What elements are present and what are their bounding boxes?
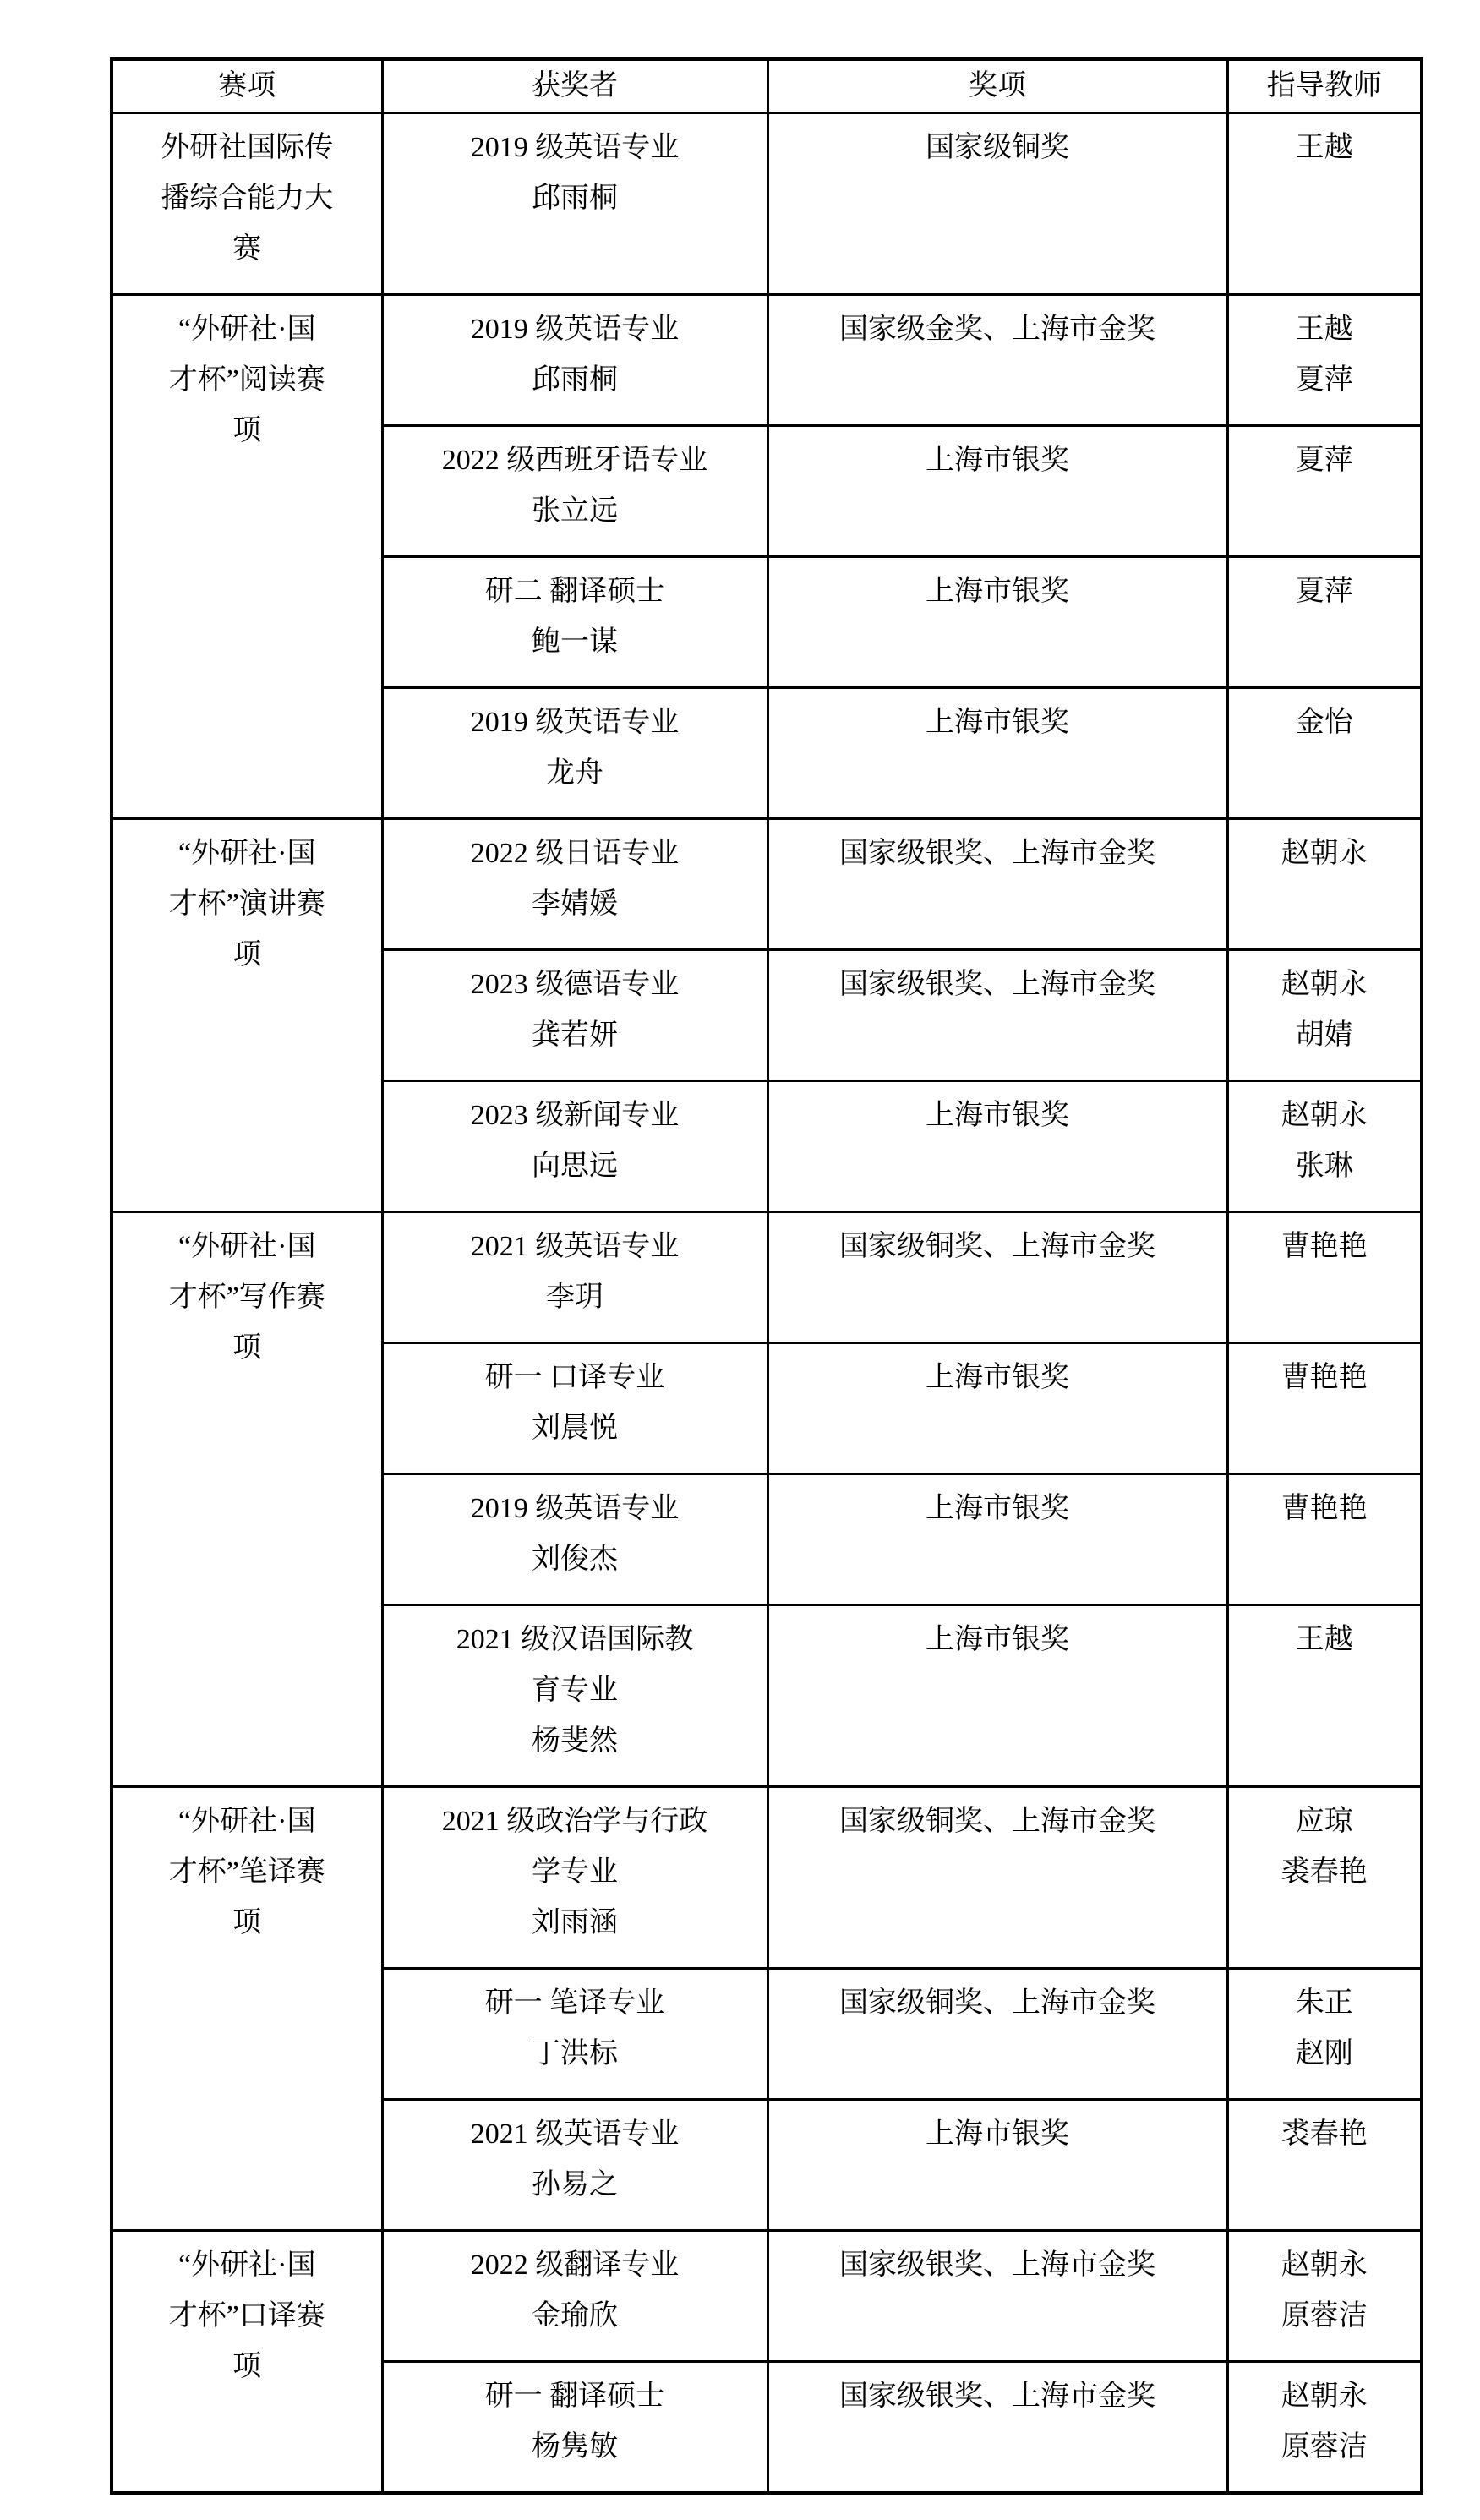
- winner-cell: 2019 级英语专业龙舟: [382, 688, 767, 819]
- teachers-cell: 王越: [1227, 113, 1422, 295]
- award-text: 上海市银奖: [776, 435, 1220, 486]
- winner-cell: 2022 级日语专业李婧媛: [382, 819, 767, 950]
- winner-cell: 2021 级英语专业孙易之: [382, 2100, 767, 2231]
- winner-cell: 2023 级德语专业龚若妍: [382, 950, 767, 1081]
- winner-line: 2019 级英语专业: [390, 123, 760, 173]
- teacher-name: 曹艳艳: [1236, 1353, 1414, 1403]
- winner-line: 孙易之: [390, 2160, 760, 2211]
- award-cell: 国家级金奖、上海市金奖: [767, 295, 1227, 426]
- award-cell: 国家级银奖、上海市金奖: [767, 950, 1227, 1081]
- teachers-cell: 夏萍: [1227, 426, 1422, 557]
- winner-cell: 2019 级英语专业邱雨桐: [382, 113, 767, 295]
- award-cell: 国家级银奖、上海市金奖: [767, 2362, 1227, 2494]
- winner-cell: 2019 级英语专业邱雨桐: [382, 295, 767, 426]
- competition-event-line: “外研社·国: [120, 1222, 374, 1272]
- award-cell: 上海市银奖: [767, 1605, 1227, 1787]
- teacher-name: 金怡: [1236, 697, 1414, 748]
- winner-line: 2021 级英语专业: [390, 2109, 760, 2160]
- awards-table: 赛项获奖者奖项指导教师 外研社国际传播综合能力大赛2019 级英语专业邱雨桐国家…: [110, 57, 1423, 2495]
- winner-line: 刘俊杰: [390, 1534, 760, 1585]
- teacher-name: 赵朝永: [1236, 959, 1414, 1010]
- teacher-name: 王越: [1236, 1615, 1414, 1665]
- winner-line: 李玥: [390, 1272, 760, 1323]
- award-text: 上海市银奖: [776, 697, 1220, 748]
- winner-line: 鲍一谋: [390, 617, 760, 668]
- winner-line: 2021 级政治学与行政: [390, 1796, 760, 1847]
- winner-line: 研一 翻译硕士: [390, 2371, 760, 2422]
- table-body: 外研社国际传播综合能力大赛2019 级英语专业邱雨桐国家级铜奖王越“外研社·国才…: [112, 113, 1422, 2494]
- award-text: 国家级铜奖: [776, 123, 1220, 173]
- winner-cell: 2019 级英语专业刘俊杰: [382, 1474, 767, 1605]
- competition-event-line: “外研社·国: [120, 1796, 374, 1847]
- teacher-name: 曹艳艳: [1236, 1484, 1414, 1534]
- competition-event-line: 才杯”演讲赛: [120, 879, 374, 930]
- winner-line: 金瑜欣: [390, 2291, 760, 2342]
- winner-line: 李婧媛: [390, 879, 760, 930]
- winner-line: 杨斐然: [390, 1716, 760, 1767]
- award-text: 国家级银奖、上海市金奖: [776, 2240, 1220, 2291]
- teacher-name: 赵朝永: [1236, 828, 1414, 879]
- award-cell: 上海市银奖: [767, 688, 1227, 819]
- competition-event-line: 外研社国际传: [120, 123, 374, 173]
- competition-event-line: 项: [120, 406, 374, 456]
- winner-line: 2022 级翻译专业: [390, 2240, 760, 2291]
- winner-line: 邱雨桐: [390, 355, 760, 406]
- column-header: 指导教师: [1227, 59, 1422, 113]
- teacher-name: 裘春艳: [1236, 2109, 1414, 2160]
- award-cell: 国家级铜奖、上海市金奖: [767, 1969, 1227, 2100]
- winner-cell: 研二 翻译硕士鲍一谋: [382, 557, 767, 688]
- competition-event-line: 才杯”阅读赛: [120, 355, 374, 406]
- winner-line: 研二 翻译硕士: [390, 566, 760, 617]
- table-row: “外研社·国才杯”阅读赛项2019 级英语专业邱雨桐国家级金奖、上海市金奖王越夏…: [112, 295, 1422, 426]
- winner-line: 2021 级英语专业: [390, 1222, 760, 1272]
- award-text: 国家级铜奖、上海市金奖: [776, 1222, 1220, 1272]
- teachers-cell: 朱正赵刚: [1227, 1969, 1422, 2100]
- winner-line: 2023 级德语专业: [390, 959, 760, 1010]
- teacher-name: 赵朝永: [1236, 1091, 1414, 1141]
- column-header: 赛项: [112, 59, 382, 113]
- competition-event-line: 项: [120, 1323, 374, 1374]
- award-text: 上海市银奖: [776, 1615, 1220, 1665]
- competition-event-line: 才杯”笔译赛: [120, 1847, 374, 1898]
- award-text: 上海市银奖: [776, 566, 1220, 617]
- winner-line: 2021 级汉语国际教: [390, 1615, 760, 1665]
- award-text: 国家级银奖、上海市金奖: [776, 828, 1220, 879]
- teacher-name: 张琳: [1236, 1141, 1414, 1192]
- competition-event-cell: “外研社·国才杯”口译赛项: [112, 2231, 382, 2494]
- column-header: 获奖者: [382, 59, 767, 113]
- teachers-cell: 王越夏萍: [1227, 295, 1422, 426]
- winner-line: 2022 级西班牙语专业: [390, 435, 760, 486]
- award-cell: 国家级铜奖: [767, 113, 1227, 295]
- award-cell: 上海市银奖: [767, 1081, 1227, 1212]
- teacher-name: 王越: [1236, 304, 1414, 355]
- teachers-cell: 应琼裘春艳: [1227, 1787, 1422, 1969]
- teachers-cell: 赵朝永张琳: [1227, 1081, 1422, 1212]
- winner-line: 邱雨桐: [390, 173, 760, 224]
- award-text: 国家级银奖、上海市金奖: [776, 959, 1220, 1010]
- table-row: “外研社·国才杯”写作赛项2021 级英语专业李玥国家级铜奖、上海市金奖曹艳艳: [112, 1212, 1422, 1343]
- teachers-cell: 金怡: [1227, 688, 1422, 819]
- competition-event-line: “外研社·国: [120, 304, 374, 355]
- competition-event-line: “外研社·国: [120, 2240, 374, 2291]
- teachers-cell: 赵朝永原蓉洁: [1227, 2231, 1422, 2362]
- teacher-name: 夏萍: [1236, 566, 1414, 617]
- teachers-cell: 赵朝永: [1227, 819, 1422, 950]
- winner-line: 育专业: [390, 1665, 760, 1716]
- teachers-cell: 曹艳艳: [1227, 1343, 1422, 1474]
- header-row: 赛项获奖者奖项指导教师: [112, 59, 1422, 113]
- teachers-cell: 裘春艳: [1227, 2100, 1422, 2231]
- winner-line: 龙舟: [390, 748, 760, 799]
- competition-event-line: 项: [120, 930, 374, 981]
- teacher-name: 夏萍: [1236, 435, 1414, 486]
- winner-cell: 研一 翻译硕士杨隽敏: [382, 2362, 767, 2494]
- teacher-name: 曹艳艳: [1236, 1222, 1414, 1272]
- award-cell: 国家级银奖、上海市金奖: [767, 2231, 1227, 2362]
- winner-cell: 2022 级西班牙语专业张立远: [382, 426, 767, 557]
- award-text: 上海市银奖: [776, 2109, 1220, 2160]
- teacher-name: 原蓉洁: [1236, 2422, 1414, 2473]
- award-cell: 上海市银奖: [767, 426, 1227, 557]
- winner-line: 学专业: [390, 1847, 760, 1898]
- winner-line: 2019 级英语专业: [390, 1484, 760, 1534]
- teachers-cell: 曹艳艳: [1227, 1212, 1422, 1343]
- column-header: 奖项: [767, 59, 1227, 113]
- winner-line: 杨隽敏: [390, 2422, 760, 2473]
- teacher-name: 夏萍: [1236, 355, 1414, 406]
- winner-cell: 2021 级汉语国际教育专业杨斐然: [382, 1605, 767, 1787]
- winner-line: 刘晨悦: [390, 1403, 760, 1454]
- winner-line: 刘雨涵: [390, 1898, 760, 1949]
- award-cell: 上海市银奖: [767, 557, 1227, 688]
- winner-line: 丁洪标: [390, 2029, 760, 2080]
- teacher-name: 赵朝永: [1236, 2240, 1414, 2291]
- teacher-name: 裘春艳: [1236, 1847, 1414, 1898]
- winner-cell: 2023 级新闻专业向思远: [382, 1081, 767, 1212]
- competition-event-cell: “外研社·国才杯”写作赛项: [112, 1212, 382, 1787]
- winner-cell: 2022 级翻译专业金瑜欣: [382, 2231, 767, 2362]
- award-text: 国家级银奖、上海市金奖: [776, 2371, 1220, 2422]
- teacher-name: 胡婧: [1236, 1010, 1414, 1061]
- table-header-row: 赛项获奖者奖项指导教师: [112, 59, 1422, 113]
- document-page: 赛项获奖者奖项指导教师 外研社国际传播综合能力大赛2019 级英语专业邱雨桐国家…: [0, 0, 1480, 2520]
- winner-line: 2019 级英语专业: [390, 304, 760, 355]
- competition-event-line: 播综合能力大: [120, 173, 374, 224]
- winner-line: 2022 级日语专业: [390, 828, 760, 879]
- award-text: 上海市银奖: [776, 1353, 1220, 1403]
- teacher-name: 朱正: [1236, 1978, 1414, 2029]
- award-text: 国家级金奖、上海市金奖: [776, 304, 1220, 355]
- teacher-name: 王越: [1236, 123, 1414, 173]
- competition-event-line: 才杯”口译赛: [120, 2291, 374, 2342]
- award-text: 国家级铜奖、上海市金奖: [776, 1978, 1220, 2029]
- competition-event-line: “外研社·国: [120, 828, 374, 879]
- teacher-name: 赵刚: [1236, 2029, 1414, 2080]
- award-cell: 上海市银奖: [767, 1343, 1227, 1474]
- teachers-cell: 赵朝永原蓉洁: [1227, 2362, 1422, 2494]
- winner-cell: 2021 级英语专业李玥: [382, 1212, 767, 1343]
- competition-event-line: 项: [120, 2342, 374, 2392]
- award-cell: 上海市银奖: [767, 2100, 1227, 2231]
- table-row: “外研社·国才杯”口译赛项2022 级翻译专业金瑜欣国家级银奖、上海市金奖赵朝永…: [112, 2231, 1422, 2362]
- winner-line: 2023 级新闻专业: [390, 1091, 760, 1141]
- competition-event-cell: “外研社·国才杯”笔译赛项: [112, 1787, 382, 2231]
- winner-cell: 研一 笔译专业丁洪标: [382, 1969, 767, 2100]
- competition-event-cell: 外研社国际传播综合能力大赛: [112, 113, 382, 295]
- winner-cell: 研一 口译专业刘晨悦: [382, 1343, 767, 1474]
- table-row: 外研社国际传播综合能力大赛2019 级英语专业邱雨桐国家级铜奖王越: [112, 113, 1422, 295]
- winner-cell: 2021 级政治学与行政学专业刘雨涵: [382, 1787, 767, 1969]
- winner-line: 张立远: [390, 486, 760, 537]
- teachers-cell: 曹艳艳: [1227, 1474, 1422, 1605]
- teacher-name: 原蓉洁: [1236, 2291, 1414, 2342]
- award-cell: 国家级银奖、上海市金奖: [767, 819, 1227, 950]
- winner-line: 2019 级英语专业: [390, 697, 760, 748]
- winner-line: 龚若妍: [390, 1010, 760, 1061]
- award-text: 上海市银奖: [776, 1091, 1220, 1141]
- competition-event-cell: “外研社·国才杯”阅读赛项: [112, 295, 382, 819]
- teachers-cell: 王越: [1227, 1605, 1422, 1787]
- winner-line: 研一 笔译专业: [390, 1978, 760, 2029]
- competition-event-line: 项: [120, 1898, 374, 1949]
- competition-event-line: 才杯”写作赛: [120, 1272, 374, 1323]
- award-cell: 国家级铜奖、上海市金奖: [767, 1787, 1227, 1969]
- teachers-cell: 夏萍: [1227, 557, 1422, 688]
- winner-line: 研一 口译专业: [390, 1353, 760, 1403]
- award-cell: 国家级铜奖、上海市金奖: [767, 1212, 1227, 1343]
- teacher-name: 赵朝永: [1236, 2371, 1414, 2422]
- table-row: “外研社·国才杯”笔译赛项2021 级政治学与行政学专业刘雨涵国家级铜奖、上海市…: [112, 1787, 1422, 1969]
- teacher-name: 应琼: [1236, 1796, 1414, 1847]
- competition-event-line: 赛: [120, 224, 374, 275]
- teachers-cell: 赵朝永胡婧: [1227, 950, 1422, 1081]
- competition-event-cell: “外研社·国才杯”演讲赛项: [112, 819, 382, 1212]
- winner-line: 向思远: [390, 1141, 760, 1192]
- table-row: “外研社·国才杯”演讲赛项2022 级日语专业李婧媛国家级银奖、上海市金奖赵朝永: [112, 819, 1422, 950]
- award-text: 国家级铜奖、上海市金奖: [776, 1796, 1220, 1847]
- award-text: 上海市银奖: [776, 1484, 1220, 1534]
- award-cell: 上海市银奖: [767, 1474, 1227, 1605]
